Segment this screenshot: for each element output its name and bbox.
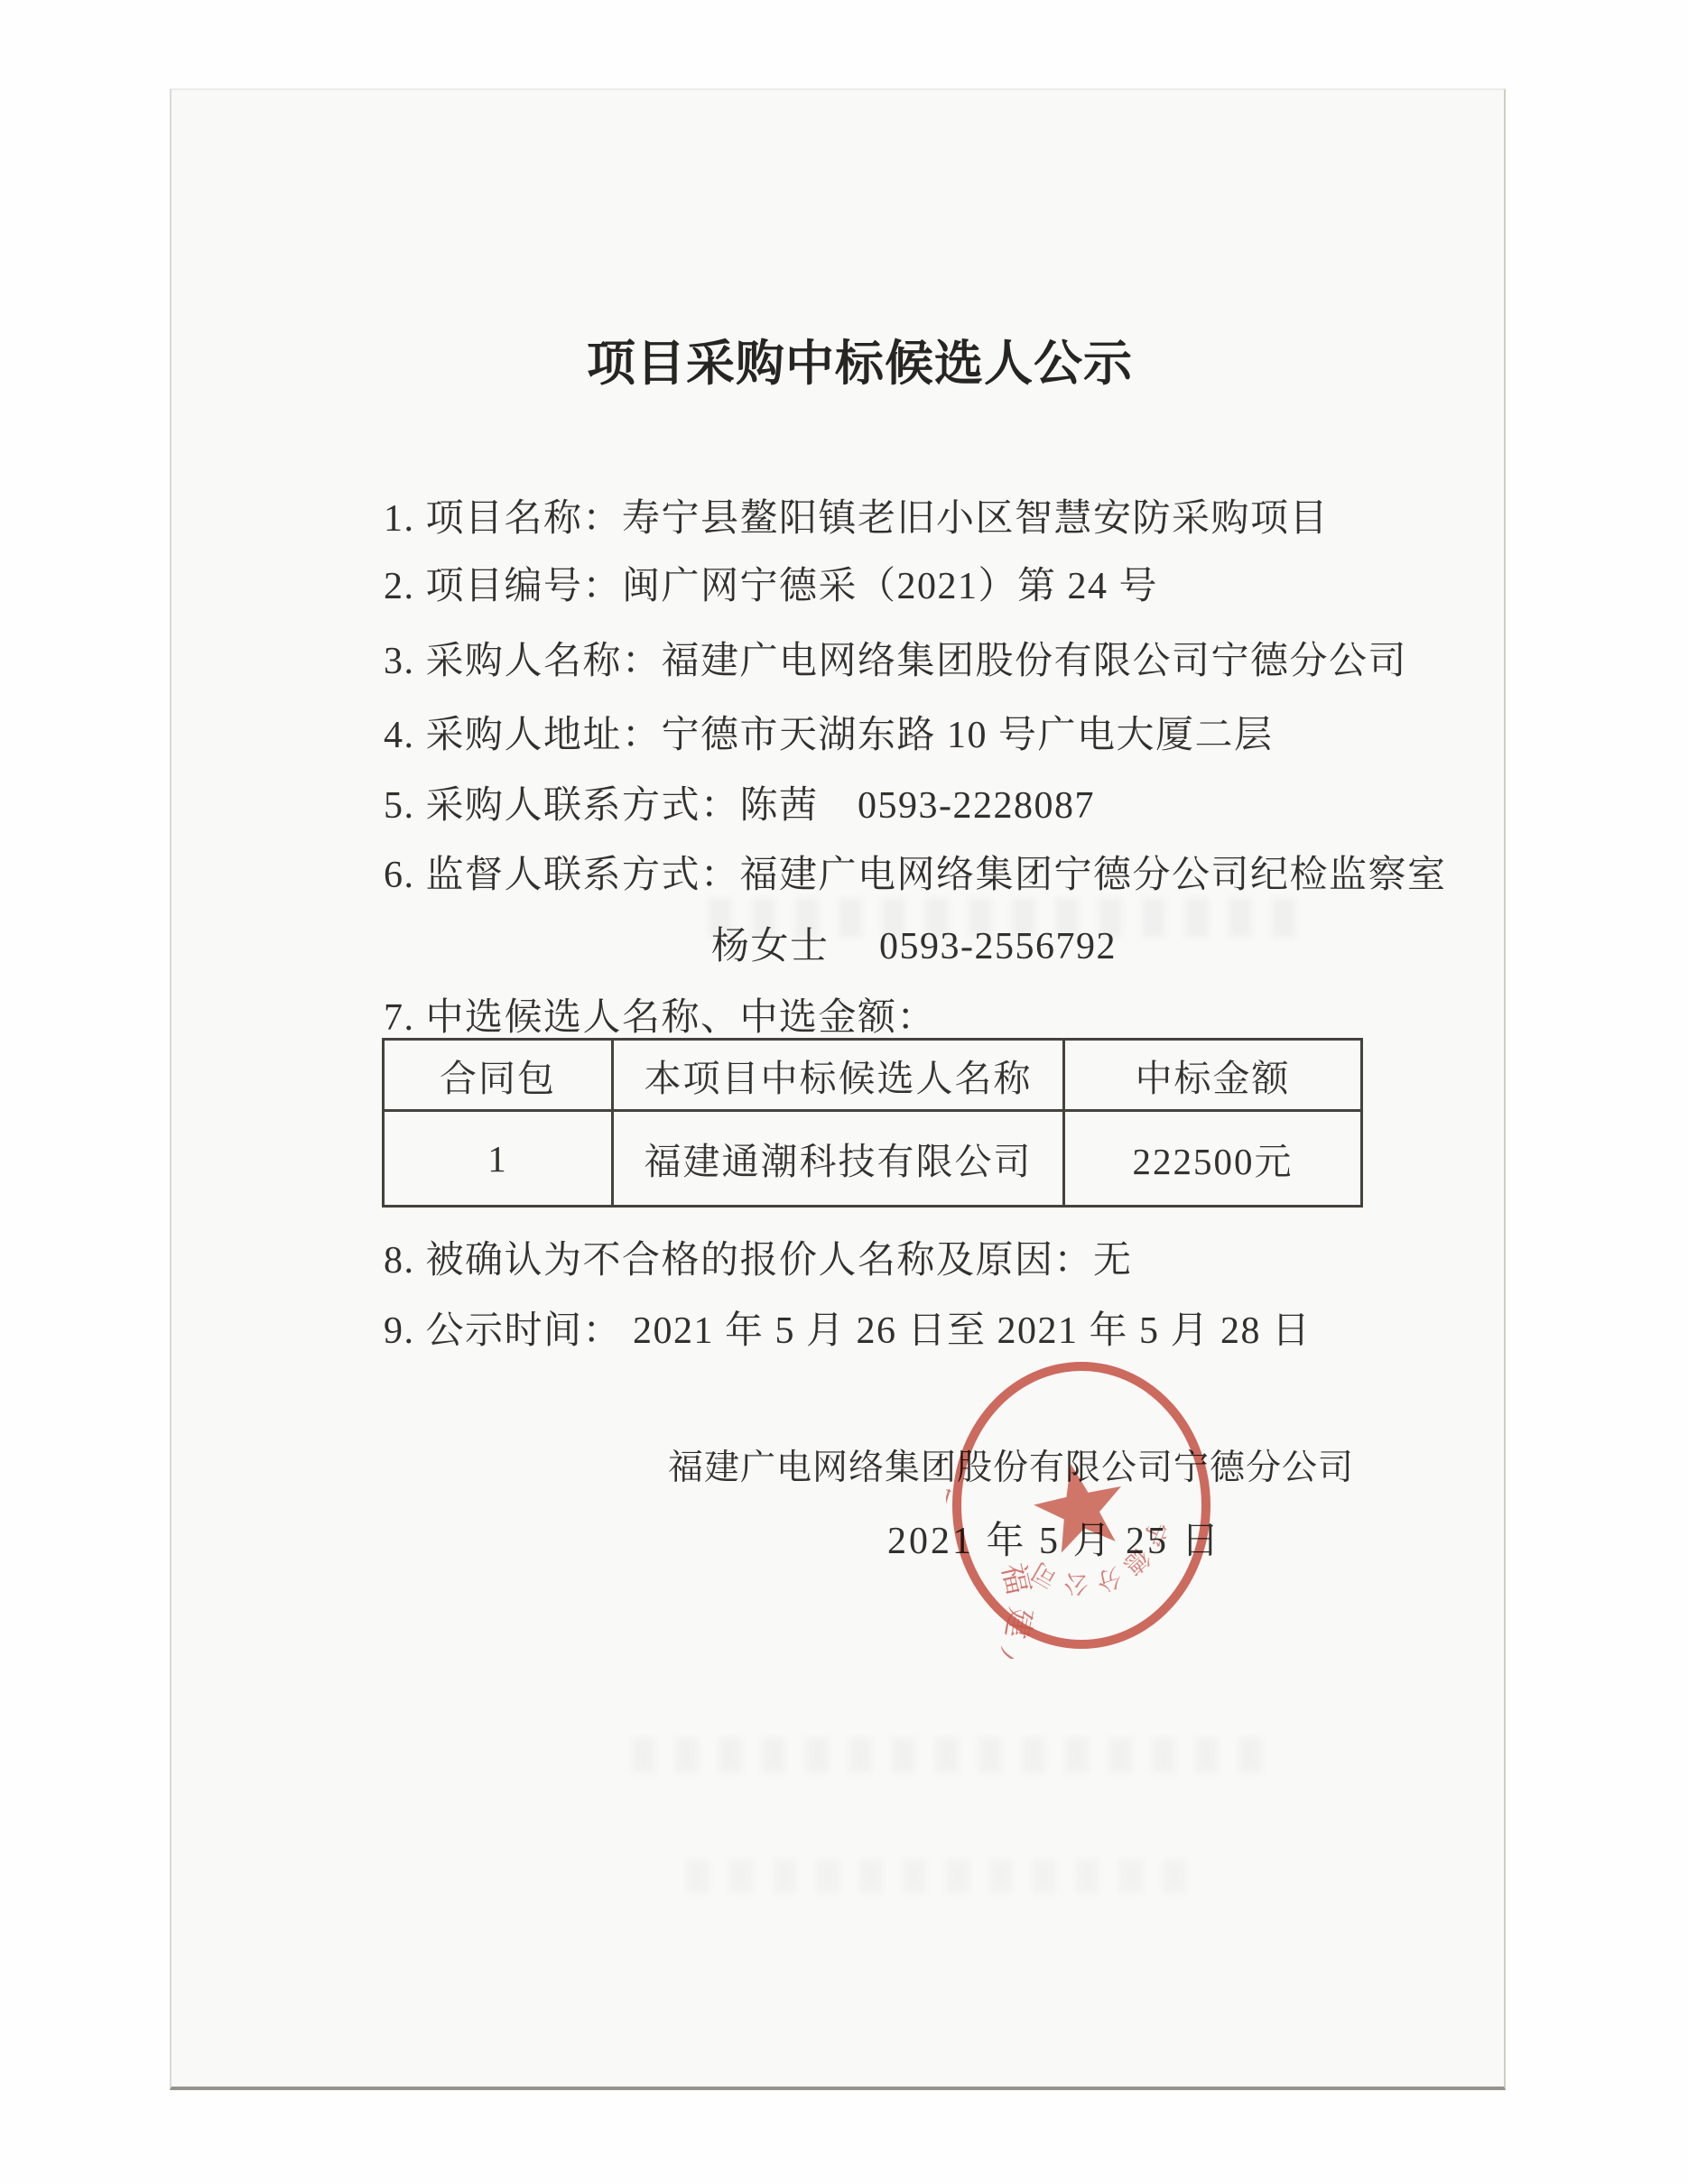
- cell-candidate-name: 福建通潮科技有限公司: [614, 1112, 1065, 1205]
- table-row: 1 福建通潮科技有限公司 222500元: [385, 1112, 1360, 1205]
- scanned-document-page: 项目采购中标候选人公示 1. 项目名称：寿宁县鳌阳镇老旧小区智慧安防采购项目 2…: [0, 0, 1688, 2184]
- official-seal: 福建广电网络集团股份有限公司 宁德分公司: [946, 1352, 1217, 1659]
- cell-winning-amount: 222500元: [1065, 1112, 1360, 1205]
- cell-contract-package: 1: [385, 1112, 614, 1205]
- item-purchaser-contact: 5. 采购人联系方式：陈茜 0593-2228087: [384, 781, 1095, 831]
- item-candidate-heading: 7. 中选候选人名称、中选金额：: [384, 993, 936, 1043]
- table-header-row: 合同包 本项目中标候选人名称 中标金额: [385, 1041, 1360, 1112]
- item-project-name: 1. 项目名称：寿宁县鳌阳镇老旧小区智慧安防采购项目: [384, 494, 1329, 544]
- item-purchaser-name: 3. 采购人名称：福建广电网络集团股份有限公司宁德分公司: [384, 636, 1407, 687]
- item-publicity-period: 9. 公示时间： 2021 年 5 月 26 日至 2021 年 5 月 28 …: [384, 1306, 1312, 1356]
- header-winning-amount: 中标金额: [1065, 1041, 1360, 1109]
- item-disqualified-bidders: 8. 被确认为不合格的报价人名称及原因：无: [384, 1235, 1133, 1286]
- item-purchaser-address: 4. 采购人地址：宁德市天湖东路 10 号广电大厦二层: [384, 710, 1274, 761]
- page-title: 项目采购中标候选人公示: [587, 336, 1137, 392]
- item-project-number: 2. 项目编号：闽广网宁德采（2021）第 24 号: [384, 561, 1158, 612]
- item-supervisor-contact: 6. 监督人联系方式：福建广电网络集团宁德分公司纪检监察室: [384, 850, 1447, 901]
- header-contract-package: 合同包: [385, 1041, 614, 1109]
- header-candidate-name: 本项目中标候选人名称: [614, 1041, 1065, 1109]
- supervisor-contact-line2: 杨女士 0593-2556792: [711, 921, 1117, 972]
- seal-star-icon: [1027, 1455, 1132, 1557]
- candidate-table: 合同包 本项目中标候选人名称 中标金额 1 福建通潮科技有限公司 222500元: [382, 1038, 1363, 1208]
